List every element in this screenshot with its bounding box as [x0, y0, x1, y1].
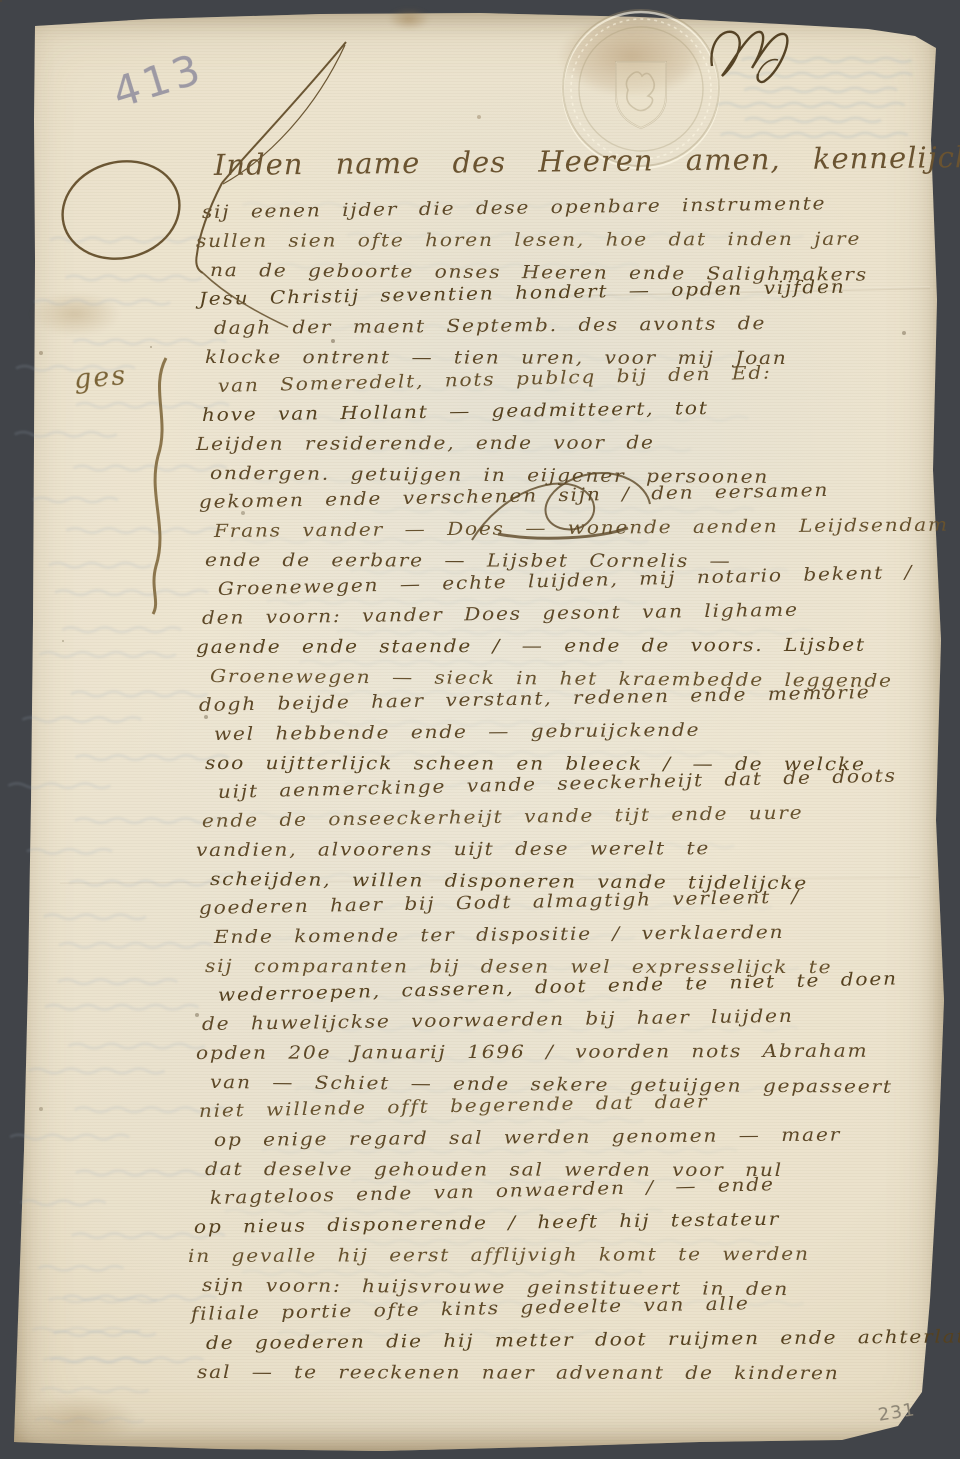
manuscript-line: Leijden residerende, ende voor de	[196, 431, 960, 463]
ink-folio-number: 231	[877, 1399, 917, 1426]
manuscript-line: in gevalle hij eerst afflijvigh komt te …	[188, 1243, 960, 1275]
scan-background: { "page": { "pencil_folio_number": "413"…	[0, 0, 960, 1459]
ink-specks	[0, 0, 2, 2]
manuscript-text-block: Inden name des Heeren amen, kennelijcksi…	[196, 148, 944, 1391]
margin-annotation: ges	[73, 360, 129, 396]
manuscript-line: wel hebbende ende — gebruijckende	[214, 717, 960, 753]
manuscript-line: op enige regard sal werden genomen — mae…	[214, 1123, 960, 1159]
manuscript-line: dagh der maent Septemb. des avonts de	[214, 311, 960, 347]
manuscript-line: gaende ende staende / — ende de voors. L…	[196, 634, 960, 666]
manuscript-line: sullen sien ofte horen lesen, hoe dat in…	[196, 228, 960, 260]
manuscript-line: Frans vander — Does — wonende aenden Lei…	[214, 514, 960, 550]
manuscript-line: sal — te reeckenen naer advenant de kind…	[197, 1362, 960, 1392]
manuscript-line: de goederen die hij metter doot ruijmen …	[206, 1326, 960, 1362]
manuscript-line: opden 20e Januarij 1696 / voorden nots A…	[196, 1040, 960, 1072]
manuscript-line: vandien, alvoorens uijt dese werelt te	[196, 837, 960, 869]
manuscript-line: Ende komende ter dispositie / verklaerde…	[214, 920, 960, 956]
